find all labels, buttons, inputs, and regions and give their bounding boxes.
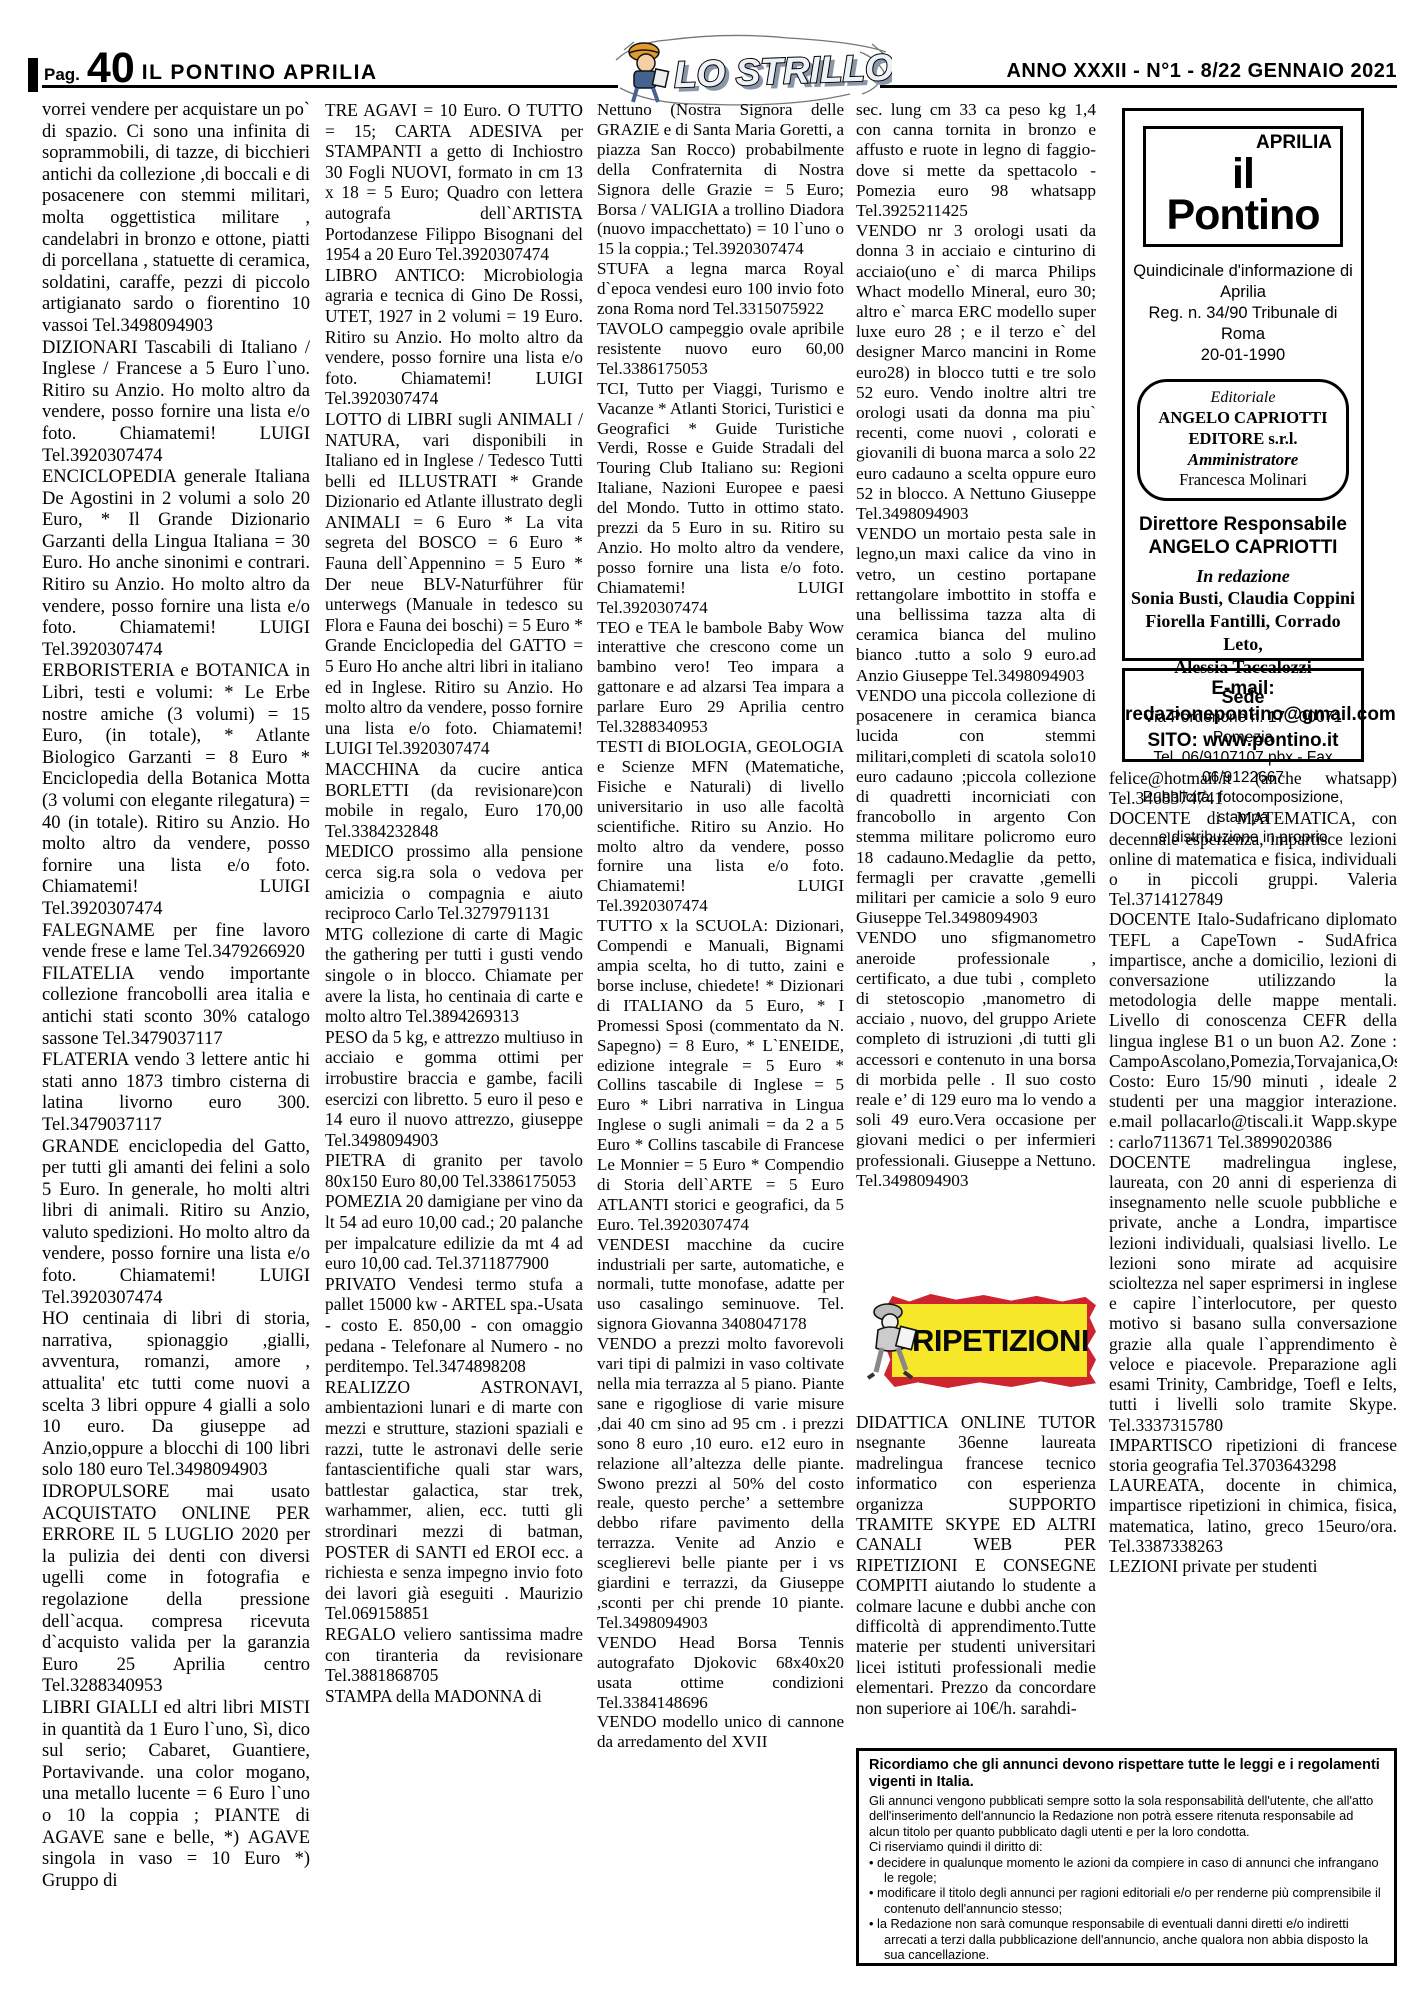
classified-ad: LAUREATA, docente in chimica, impartisce… bbox=[1109, 1475, 1397, 1556]
classified-ad: IMPARTISCO ripetizioni di francese stori… bbox=[1109, 1435, 1397, 1475]
classifieds-column-4-lower: DIDATTICA ONLINE TUTOR nsegnante 36enne … bbox=[856, 1412, 1096, 1744]
director-block: Direttore Responsabile ANGELO CAPRIOTTI bbox=[1125, 513, 1361, 559]
director-label: Direttore Responsabile bbox=[1125, 513, 1361, 536]
newsboy-icon bbox=[858, 1298, 928, 1386]
legal-notice-body: Gli annunci vengono pubblicati sempre so… bbox=[869, 1793, 1384, 1962]
classifieds-column-4-upper: sec. lung cm 33 ca peso kg 1,4 con canna… bbox=[856, 100, 1096, 1292]
masthead-line3: 20-01-1990 bbox=[1125, 345, 1361, 366]
masthead-title-box: APRILIA il Pontino bbox=[1143, 126, 1343, 247]
strillone-logo: LO STRILLONE LO STRILLONE bbox=[610, 30, 892, 106]
page-label: Pag. bbox=[44, 66, 80, 86]
classified-ad: vorrei vendere per acquistare un po` di … bbox=[42, 100, 310, 338]
publication-name: IL PONTINO APRILIA bbox=[142, 62, 378, 86]
classified-ad: MACCHINA da cucire antica BORLETTI (da r… bbox=[325, 759, 583, 841]
masthead-line2: Reg. n. 34/90 Tribunale di Roma bbox=[1125, 303, 1361, 345]
classified-ad: FALEGNAME per fine lavoro vende frese e … bbox=[42, 921, 310, 964]
classifieds-column-1: vorrei vendere per acquistare un po` di … bbox=[42, 100, 310, 1962]
classified-ad: VENDO modello unico di cannone da arreda… bbox=[597, 1712, 844, 1752]
classified-ad: VENDO uno sfigmanometro aneroide profess… bbox=[856, 928, 1096, 1191]
legal-notice-line: • decidere in qualunque momento le azion… bbox=[869, 1855, 1384, 1886]
page-number: 40 bbox=[87, 51, 135, 86]
amministratore-label: Amministratore bbox=[1142, 449, 1344, 470]
redazione-names-1: Sonia Busti, Claudia Coppini bbox=[1125, 587, 1361, 610]
classified-ad: TCI, Tutto per Viaggi, Turismo e Vacanze… bbox=[597, 379, 844, 618]
strillone-logo-art: LO STRILLONE LO STRILLONE bbox=[610, 30, 892, 106]
classified-ad: LEZIONI private per studenti bbox=[1109, 1556, 1397, 1576]
logo-lettering: LO STRILLONE LO STRILLONE bbox=[673, 45, 892, 100]
classified-ad: STUFA a legna marca Royal d`epoca vendes… bbox=[597, 259, 844, 319]
publisher-bubble: Editoriale ANGELO CAPRIOTTI EDITORE s.r.… bbox=[1137, 379, 1349, 501]
classified-ad: VENDESI macchine da cucire industriali p… bbox=[597, 1235, 844, 1335]
legal-notice-line: • la Redazione non sarà comunque respons… bbox=[869, 1916, 1384, 1962]
contact-box: E-mail: redazionepontino@gmail.com SITO:… bbox=[1122, 668, 1364, 762]
classified-ad: TEO e TEA le bambole Baby Wow interattiv… bbox=[597, 618, 844, 737]
header-left: Pag. 40 IL PONTINO APRILIA bbox=[44, 38, 378, 86]
classified-ad: VENDO nr 3 orologi usati da donna 3 in a… bbox=[856, 221, 1096, 524]
classified-ad: LIBRI GIALLI ed altri libri MISTI in qua… bbox=[42, 1698, 310, 1892]
director-name: ANGELO CAPRIOTTI bbox=[1125, 536, 1361, 559]
classified-ad: FLATERIA vendo 3 lettere antic hi stati … bbox=[42, 1050, 310, 1136]
classified-ad: sec. lung cm 33 ca peso kg 1,4 con canna… bbox=[856, 100, 1096, 221]
email-label: E-mail: bbox=[1125, 676, 1361, 702]
classified-ad: FILATELIA vendo importante collezione fr… bbox=[42, 964, 310, 1050]
classified-ad: GRANDE enciclopedia del Gatto, per tutti… bbox=[42, 1137, 310, 1310]
legal-notice-title: Ricordiamo che gli annunci devono rispet… bbox=[869, 1757, 1384, 1791]
classified-ad: VENDO un mortaio pesta sale in legno,un … bbox=[856, 524, 1096, 686]
classified-ad: TAVOLO campeggio ovale apribile resisten… bbox=[597, 319, 844, 379]
issue-info: ANNO XXXII - N°1 - 8/22 GENNAIO 2021 bbox=[1006, 60, 1397, 83]
legal-notice-line: • modificare il titolo degli annunci per… bbox=[869, 1885, 1384, 1916]
header-rule-right bbox=[880, 85, 1397, 88]
classified-ad: DOCENTE Italo-Sudafricano diplomato TEFL… bbox=[1109, 909, 1397, 1151]
classified-ad: DOCENTE madrelingua inglese, laureata, c… bbox=[1109, 1152, 1397, 1435]
newspaper-page: Pag. 40 IL PONTINO APRILIA LO STRILLONE bbox=[0, 0, 1420, 2000]
ripetizioni-badge: RIPETIZIONI bbox=[858, 1292, 1096, 1390]
classified-ad: PRIVATO Vendesi termo stufa a pallet 150… bbox=[325, 1274, 583, 1377]
classified-ad: IDROPULSORE mai usato ACQUISTATO ONLINE … bbox=[42, 1482, 310, 1698]
classified-ad: HO centinaia di libri di storia, narrati… bbox=[42, 1309, 310, 1482]
masthead-box: APRILIA il Pontino Quindicinale d'inform… bbox=[1122, 108, 1364, 661]
classified-ad: ERBORISTERIA e BOTANICA in Libri, testi … bbox=[42, 661, 310, 920]
legal-notice-line: Gli annunci vengono pubblicati sempre so… bbox=[869, 1793, 1384, 1839]
classified-ad: PESO da 5 kg, e attrezzo multiuso in acc… bbox=[325, 1027, 583, 1151]
classified-ad: STAMPA della MADONNA di bbox=[325, 1686, 583, 1707]
classified-ad: POMEZIA 20 damigiane per vino da lt 54 a… bbox=[325, 1191, 583, 1273]
classified-ad: TESTI di BIOLOGIA, GEOLOGIA e Scienze MF… bbox=[597, 737, 844, 916]
redazione-names-2: Fiorella Fantilli, Corrado Leto, bbox=[1125, 610, 1361, 656]
editoriale-label: Editoriale bbox=[1142, 388, 1344, 407]
classified-ad: VENDO Head Borsa Tennis autografato Djok… bbox=[597, 1633, 844, 1713]
header-rule-left bbox=[42, 85, 618, 88]
redazione-label: In redazione bbox=[1125, 565, 1361, 587]
masthead-line1: Quindicinale d'informazione di Aprilia bbox=[1125, 261, 1361, 303]
classified-ad: DIZIONARI Tascabili di Italiano / Ingles… bbox=[42, 338, 310, 468]
amministratore-name: Francesca Molinari bbox=[1142, 470, 1344, 490]
classified-ad: LIBRO ANTICO: Microbiologia agraria e te… bbox=[325, 265, 583, 409]
legal-notice-box: Ricordiamo che gli annunci devono rispet… bbox=[856, 1748, 1397, 1966]
classified-ad: VENDO a prezzi molto favorevoli vari tip… bbox=[597, 1334, 844, 1633]
classified-ad: TUTTO x la SCUOLA: Dizionari, Compendi e… bbox=[597, 916, 844, 1235]
classified-ad: PIETRA di granito per tavolo 80x150 Euro… bbox=[325, 1150, 583, 1191]
classified-ad: REGALO veliero santissima madre con tira… bbox=[325, 1624, 583, 1686]
sede-services-2: e distribuzione in proprio bbox=[1125, 828, 1361, 848]
site-url: SITO: www.pontino.it bbox=[1125, 728, 1361, 754]
classifieds-column-5: felice@hotmail.it (anche whatsapp) Tel.3… bbox=[1109, 768, 1397, 1744]
classifieds-column-3: Nettuno (Nostra Signora delle GRAZIE e d… bbox=[597, 100, 844, 1962]
classified-ad: MTG collezione di carte di Magic the gat… bbox=[325, 924, 583, 1027]
masthead-subtitle: Quindicinale d'informazione di Aprilia R… bbox=[1125, 261, 1361, 366]
classified-ad: TRE AGAVI = 10 Euro. O TUTTO = 15; CARTA… bbox=[325, 100, 583, 265]
classifieds-column-2: TRE AGAVI = 10 Euro. O TUTTO = 15; CARTA… bbox=[325, 100, 583, 1962]
svg-text:LO STRILLONE: LO STRILLONE bbox=[673, 45, 892, 95]
classified-ad: Nettuno (Nostra Signora delle GRAZIE e d… bbox=[597, 100, 844, 259]
classified-ad: REALIZZO ASTRONAVI, ambientazioni lunari… bbox=[325, 1377, 583, 1624]
classified-ad: ENCICLOPEDIA generale Italiana De Agosti… bbox=[42, 467, 310, 661]
page-edge-artifact bbox=[28, 58, 38, 92]
classified-ad: DIDATTICA ONLINE TUTOR nsegnante 36enne … bbox=[856, 1412, 1096, 1718]
legal-notice-line: Ci riserviamo quindi il diritto di: bbox=[869, 1839, 1384, 1854]
classified-ad: MEDICO prossimo alla pensione cerca sig.… bbox=[325, 841, 583, 923]
email-address: redazionepontino@gmail.com bbox=[1125, 702, 1361, 728]
newsboy-figure bbox=[629, 43, 669, 102]
sede-services-1: Pubblicità, fotocomposizione, stampa bbox=[1125, 788, 1361, 828]
classified-ad: LOTTO di LIBRI sugli ANIMALI / NATURA, v… bbox=[325, 409, 583, 759]
masthead-title: il Pontino bbox=[1154, 154, 1332, 236]
classified-ad: VENDO una piccola collezione di posacene… bbox=[856, 686, 1096, 928]
publisher-name: ANGELO CAPRIOTTI EDITORE s.r.l. bbox=[1142, 407, 1344, 449]
